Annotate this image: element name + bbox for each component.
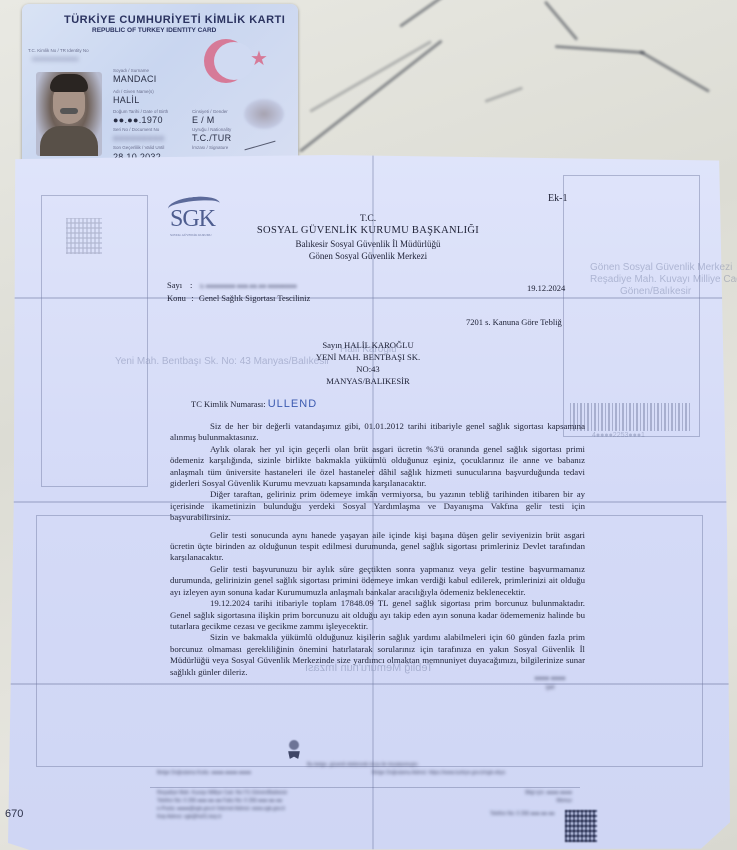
marble-vein <box>299 39 443 152</box>
konu-value: Genel Sağlık Sigortası Tesciliniz <box>199 293 310 303</box>
letter-body: Siz de her bir değerli vatandaşımız gibi… <box>170 421 585 678</box>
marble-vein <box>484 86 523 102</box>
star-icon: ★ <box>250 49 268 69</box>
tc-number-row: TC Kimlik Numarası: ULLEND <box>191 398 317 410</box>
signature-mark <box>244 141 275 151</box>
surname-value: MANDACI <box>113 74 157 84</box>
paragraph-6: 19.12.2024 tarihi itibariyle toplam 1784… <box>170 598 585 632</box>
ghost-photo <box>244 99 284 129</box>
tc-no-value: ●●●●●●●●●●● <box>32 56 79 63</box>
sayi-label: Sayı <box>167 280 182 290</box>
paragraph-4: Gelir testi sonucunda aynı hanede yaşaya… <box>170 530 585 564</box>
law-note: 7201 s. Kanuna Göre Tebliğ <box>466 316 562 328</box>
konu-label: Konu <box>167 293 186 303</box>
signature-label: İmzası / Signature <box>192 145 228 150</box>
signer-name: ●●●● ●●●● <box>520 675 580 684</box>
identity-card: TÜRKİYE CUMHURİYETİ KİMLİK KARTI REPUBLI… <box>22 4 298 166</box>
footer-address: Reşadiye Mah. Kuvayı Milliye Cad. No:7/1… <box>157 789 287 821</box>
crescent-icon <box>204 39 248 83</box>
window-frame <box>563 175 700 437</box>
nationality-value: T.C./TUR <box>192 133 231 143</box>
docno-label: Seri No / Document No <box>113 127 159 132</box>
tc-no-label: T.C. Kimlik No / TR Identity No <box>28 48 89 53</box>
paragraph-1: Siz de her bir değerli vatandaşımız gibi… <box>170 421 585 444</box>
barcode-number: 4●●●●2253●●●1 <box>592 432 645 439</box>
letter-date: 19.12.2024 <box>527 282 565 294</box>
ghost-sender: Gönen Sosyal Güvenlik Merkezi Reşadiye M… <box>590 262 737 298</box>
e-signature-seal-icon <box>287 740 301 762</box>
docno-value: ●●●●●●●●● <box>113 133 165 143</box>
qr-code <box>565 810 597 842</box>
footer-esign-note: Bu belge, güvenli elektronik imza ile im… <box>307 762 419 768</box>
footer-contact: Bilgi için: ●●●● ●●●● Memur <box>510 789 572 805</box>
recipient-address: Sayın HALİL KAROĞLU YENİ MAH. BENTBAŞI S… <box>268 339 468 387</box>
surname-label: Soyadı / Surname <box>113 68 149 73</box>
id-photo <box>36 72 102 156</box>
header-line1: T.C. <box>248 213 488 225</box>
barcode <box>570 403 690 431</box>
paragraph-5: Gelir testi başvurunuzu bir aylık süre g… <box>170 564 585 598</box>
marble-vein <box>309 40 432 113</box>
footer-doc-key: Belge Doğrulama Kodu: ●●●●-●●●●-●●●● <box>157 770 251 776</box>
dob-value: ●●.●●.1970 <box>113 115 163 125</box>
name-label: Adı / Given Name(s) <box>113 89 154 94</box>
header-line2: SOSYAL GÜVENLİK KURUMU BAŞKANLIĞI <box>248 225 488 237</box>
footer-phone: Telefon No: 0 266 ●●● ●● ●● <box>490 811 555 817</box>
header-line3: Balıkesir Sosyal Güvenlik İl Müdürlüğü <box>248 238 488 250</box>
side-page-number: 670 <box>5 808 23 820</box>
marble-vein <box>639 50 710 93</box>
sgk-logo: SGK SOSYAL GÜVENLİK KURUMU <box>164 200 222 238</box>
marble-vein <box>555 45 645 54</box>
signer-title: Şef <box>520 684 580 693</box>
qr-code-faint <box>66 218 102 254</box>
marble-vein <box>399 0 474 28</box>
reference-block: Sayı:E-●●●●●●●●-●●●.●●.●●-●●●●●●●● Konu:… <box>167 280 310 304</box>
header-line4: Gönen Sosyal Güvenlik Merkezi <box>248 250 488 262</box>
tc-number-label: TC Kimlik Numarası: <box>191 399 266 409</box>
paragraph-2: Aylık olarak her yıl için geçerli olan b… <box>170 444 585 490</box>
ghost-notice: Tebliğ Memuru'nun İmzası <box>305 662 433 674</box>
id-card-title: TÜRKİYE CUMHURİYETİ KİMLİK KARTI <box>64 14 285 26</box>
dob-label: Doğum Tarihi / Date of Birth <box>113 109 168 114</box>
id-card-subtitle: REPUBLIC OF TURKEY IDENTITY CARD <box>92 27 216 34</box>
footer-divider <box>150 787 580 788</box>
marble-vein <box>544 1 578 41</box>
gender-label: Cinsiyeti / Gender <box>192 109 228 114</box>
signer-block: ●●●● ●●●● Şef <box>520 675 580 693</box>
name-value: HALİL <box>113 95 140 105</box>
annex-label: Ek-1 <box>548 193 567 205</box>
letter-header: T.C. SOSYAL GÜVENLİK KURUMU BAŞKANLIĞI B… <box>248 213 488 263</box>
valid-label: Son Geçerlilik / Valid Until <box>113 145 164 150</box>
paragraph-3: Diğer taraftan, geliriniz prim ödemeye i… <box>170 489 585 523</box>
footer-doc-url: Belge Doğrulama Adresi: https://www.turk… <box>372 770 505 776</box>
nationality-label: Uyruğu / Nationality <box>192 127 231 132</box>
gender-value: E / M <box>192 115 215 125</box>
tc-number-value: ULLEND <box>268 398 317 410</box>
sayi-value: E-●●●●●●●●-●●●.●●.●●-●●●●●●●● <box>200 284 297 290</box>
